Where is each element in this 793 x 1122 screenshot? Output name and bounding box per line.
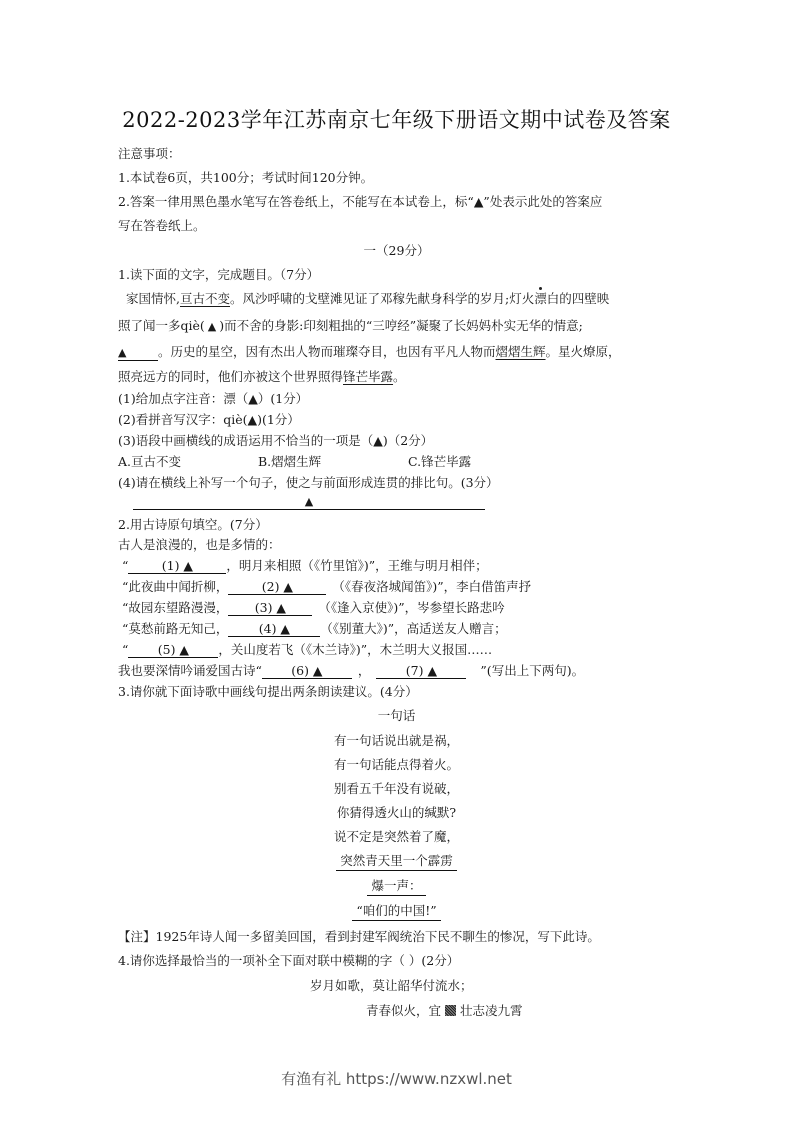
q2-line-5: “(5) ▲，关山度若飞（《木兰诗》)”，木兰明大义报国…… [122,642,492,658]
text: 壮志凌九霄 [460,1003,523,1018]
answer-blank-7: (7) ▲ [376,664,466,679]
text: 。 [393,369,406,384]
idiom-underlined: 锋芒毕露 [343,369,393,384]
triangle-marker-icon: ▲ [305,495,313,508]
q1-passage-line-1: 家国情怀,亘古不变。风沙呼啸的戈壁滩见证了邓稼先献身科学的岁月;灯火漂白的四壁映 [126,291,609,307]
q1-answer-line: ▲ [133,493,485,510]
q1-sub-4: (4)请在横线上补写一个句子，使之与前面形成连贯的排比句。(3分） [118,475,499,491]
section-heading: 一（29分） [0,243,793,259]
q1-passage-line-4: 照亮远方的同时，他们亦被这个世界照得锋芒毕露。 [118,369,406,385]
poem-line-5: 说不定是突然着了魔， [0,829,793,845]
option-c: C.锋芒毕露 [408,454,471,470]
answer-blank-5: (5) ▲ [128,643,218,658]
notice-item-1: 1.本试卷6页，共100分；考试时间120分钟。 [118,170,373,186]
text: 我也要深情吟诵爱国古诗“ [118,663,262,678]
text: ， [358,663,371,678]
idiom-underlined: 熠熠生辉 [496,344,546,359]
text: “故园东望路漫漫， [122,600,228,615]
answer-blank-1: (1) ▲ [128,559,226,574]
couplet-line-1: 岁月如歌，莫让韶华付流水； [310,978,473,994]
notice-item-2-line-1: 2.答案一律用黑色墨水笔写在答卷纸上，不能写在本试卷上，标“▲”处表示此处的答案… [118,194,602,210]
q1-options: A.亘古不变B.熠熠生辉C.锋芒毕露 [118,454,471,470]
answer-blank-2: (2) ▲ [228,580,326,595]
option-a: A.亘古不变 [118,454,258,470]
dotted-char: 漂 [534,291,547,306]
notice-item-2-line-2: 写在答卷纸上。 [118,218,206,234]
text: ，关山度若飞（《木兰诗》)”，木兰明大义报国…… [218,642,492,657]
underlined-text: “咱们的中国!” [352,903,440,921]
answer-blank-4: (4) ▲ [228,622,320,637]
text: “莫愁前路无知己， [122,621,228,636]
poem-line-2: 有一句话能点得着火。 [0,757,793,773]
text: “此夜曲中闻折柳， [122,579,228,594]
q2-prompt: 2.用古诗原句填空。(7分） [118,517,268,533]
text: （《春夜洛城闻笛》)”，李白借笛声抒 [332,579,531,594]
q1-sub-3: (3)语段中画横线的成语运用不恰当的一项是（▲)（2分） [118,433,433,449]
text: 。星火燎原， [546,344,621,359]
q4-prompt: 4.请你选择最恰当的一项补全下面对联中模糊的字（ ）(2分） [118,953,459,969]
q3-prompt: 3.请你就下面诗歌中画线句提出两条朗读建议。(4分） [118,684,418,700]
q2-line-1: “(1) ▲，明月来相照（《竹里馆》)”，王维与明月相伴； [122,558,488,574]
couplet-line-2: 青春似火，宜壮志凌九霄 [366,1003,523,1019]
underlined-text: 突然青天里一个霹雳 [336,853,457,871]
text: （《别董大》)”，高适送友人赠言； [320,621,506,636]
triangle-marker-icon: ▲ [118,346,126,359]
underlined-text: 爆一声： [367,878,425,896]
q2-line-3: “故园东望路漫漫，(3) ▲（《逢入京使》)”，岑参望长路悲吟 [122,600,505,616]
text: )而不舍的身影:印刻粗拙的“三哼经”凝聚了长妈妈朴实无华的情意; [219,318,583,333]
answer-blank-6: (6) ▲ [262,664,352,679]
text: 。历史的星空，因有杰出人物而璀璨夺目，也因有平凡人物而 [158,344,496,359]
q1-passage-line-2: 照了闻一多qiè(▲)而不舍的身影:印刻粗拙的“三哼经”凝聚了长妈妈朴实无华的情… [118,318,583,335]
poem-underlined-line-3: “咱们的中国!” [0,903,793,921]
q3-note: 【注】1925年诗人闻一多留美回国，看到封建军阀统治下民不聊生的惨况，写下此诗。 [118,929,600,945]
q2-intro: 古人是浪漫的，也是多情的： [118,537,281,553]
text: 照亮远方的同时，他们亦被这个世界照得 [118,369,343,384]
q1-sub-2: (2)看拼音写汉字：qiè(▲)(1分） [118,412,300,428]
page-title: 2022-2023学年江苏南京七年级下册语文期中试卷及答案 [0,104,793,134]
option-b: B.熠熠生辉 [258,454,408,470]
text: 。风沙呼啸的戈壁滩见证了邓稼先献身科学的岁月;灯火 [230,291,534,306]
idiom-underlined: 亘古不变 [180,291,230,306]
poem-line-1: 有一句话说出就是祸， [0,733,793,749]
text: 青春似火，宜 [366,1003,441,1018]
q2-line-2: “此夜曲中闻折柳，(2) ▲（《春夜洛城闻笛》)”，李白借笛声抒 [122,579,531,595]
q1-passage-line-3: ▲。历史的星空，因有杰出人物而璀璨夺目，也因有平凡人物而熠熠生辉。星火燎原， [118,344,621,361]
poem-line-4: 你猜得透火山的缄默? [0,805,793,821]
text: 家国情怀, [126,291,180,306]
q1-prompt: 1.读下面的文字，完成题目。（7分） [118,267,319,283]
text: 白的四壁映 [547,291,610,306]
text: 照了闻一多qiè( [118,318,205,333]
watermark-footer: 有渔有礼 https://www.nzxwl.net [0,1068,793,1089]
poem-title: 一句话 [0,708,793,724]
blurred-character-icon [445,1005,456,1016]
q2-line-last: 我也要深情吟诵爱国古诗“(6) ▲，(7) ▲”(写出上下两句)。 [118,663,584,679]
q2-line-4: “莫愁前路无知己，(4) ▲（《别董大》)”，高适送友人赠言； [122,621,507,637]
exam-page: 2022-2023学年江苏南京七年级下册语文期中试卷及答案 注意事项： 1.本试… [0,0,793,1122]
text: ”(写出上下两句)。 [480,663,584,678]
notice-heading: 注意事项： [118,146,181,162]
answer-blank: ▲ [118,345,158,361]
answer-blank-3: (3) ▲ [228,601,312,616]
poem-underlined-line-1: 突然青天里一个霹雳 [0,853,793,871]
q1-sub-1: (1)给加点字注音：漂（▲）(1分） [118,391,308,407]
triangle-marker-icon: ▲ [208,320,216,333]
poem-line-3: 别看五千年没有说破， [0,781,793,797]
answer-blank: ▲ [133,494,485,510]
poem-underlined-line-2: 爆一声： [0,878,793,896]
text: ，明月来相照（《竹里馆》)”，王维与明月相伴； [226,558,487,573]
text: （《逢入京使》)”，岑参望长路悲吟 [318,600,504,615]
